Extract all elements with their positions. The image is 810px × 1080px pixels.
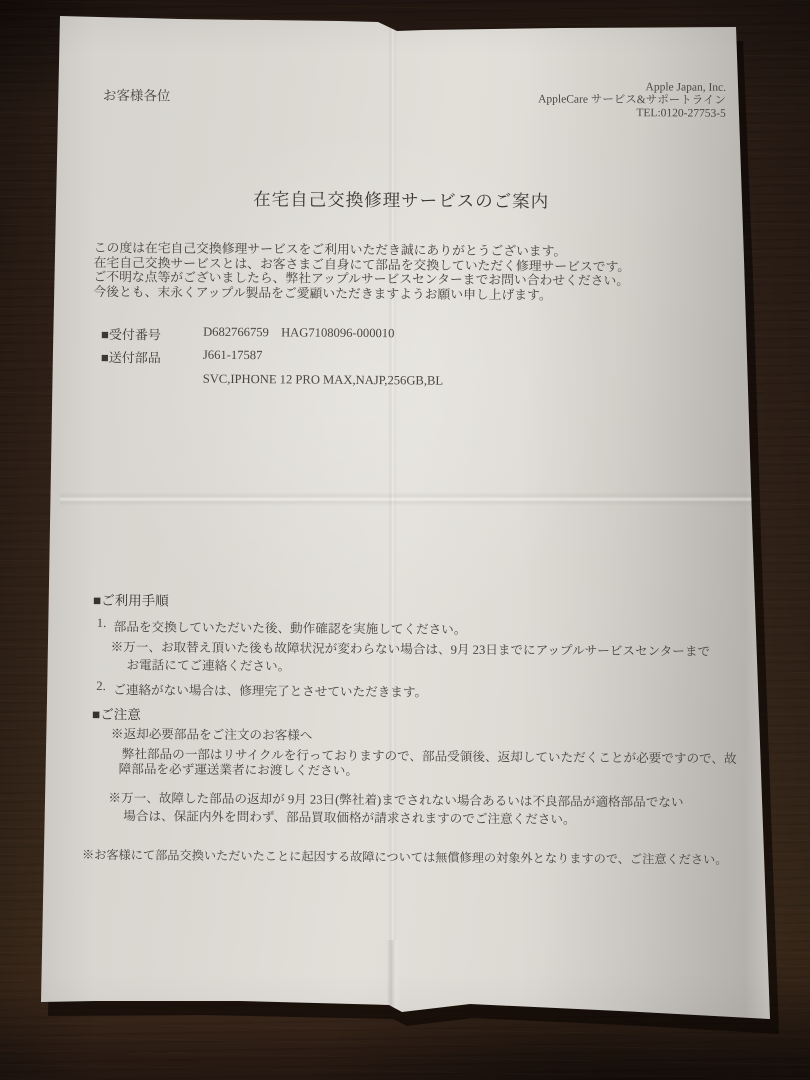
part-number-value: J661-17587	[203, 348, 263, 363]
photo-scene: お客様各位 Apple Japan, Inc. AppleCare サービス&サ…	[0, 0, 810, 1080]
step-2-text: ご連絡がない場合は、修理完了とさせていただきます。	[113, 679, 427, 700]
caution-note-1-title: ※返却必要部品をご注文のお客様へ	[111, 723, 313, 744]
caution-heading: ■ご注意	[92, 703, 141, 723]
recipient-line: お客様各位	[103, 84, 171, 105]
case-number-value: HAG7108096-000010	[281, 325, 394, 341]
caution-note-2-line-2: 場合は、保証内外を問わず、部品買取価格が請求されますのでご注意ください。	[123, 805, 576, 828]
intro-paragraph: この度は在宅自己交換修理サービスをご利用いただき誠にありがとうございます。 在宅…	[93, 241, 630, 304]
sender-tel: TEL:0120-27753-5	[538, 107, 726, 122]
sender-service-line: AppleCare サービス&サポートライン	[538, 94, 726, 109]
procedure-heading: ■ご利用手順	[93, 589, 169, 610]
footer-disclaimer-note: ※お客様にて部品交換いただいたことに起因する故障については無償修理の対象外となり…	[82, 846, 728, 868]
step-1-text: 部品を交換していただいた後、動作確認を実施してください。	[114, 616, 467, 638]
intro-line-4: 今後とも、末永くアップル製品をご愛顧いただきますようお願い申し上げます。	[93, 285, 630, 304]
caution-note-1-line-2: 障部品を必ず運送業者にお渡しください。	[119, 758, 358, 779]
receipt-number-value: D682766759	[203, 325, 269, 341]
step-2-number: 2.	[96, 679, 106, 694]
letter-paper: お客様各位 Apple Japan, Inc. AppleCare サービス&サ…	[0, 0, 810, 1080]
shipped-parts-label: ■送付部品	[101, 347, 161, 366]
sender-block: Apple Japan, Inc. AppleCare サービス&サポートライン…	[538, 80, 726, 121]
receipt-number-label: ■受付番号	[101, 324, 161, 343]
step-1-note-line-2: お電話にてご連絡ください。	[126, 654, 290, 674]
letter-title: 在宅自己交換修理サービスのご案内	[201, 186, 601, 214]
part-description-value: SVC,IPHONE 12 PRO MAX,NAJP,256GB,BL	[203, 372, 443, 389]
letter-content: お客様各位 Apple Japan, Inc. AppleCare サービス&サ…	[0, 0, 810, 1080]
step-1-number: 1.	[97, 616, 107, 631]
